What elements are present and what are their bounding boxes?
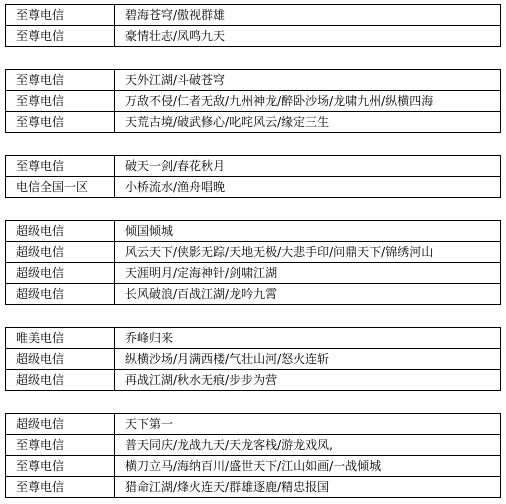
zone-cell: 至尊电信	[6, 112, 115, 133]
server-table: 唯美电信乔峰归来超级电信纵横沙场/月满西楼/气壮山河/怒火连斩超级电信再战江湖/…	[5, 327, 501, 391]
zone-cell: 唯美电信	[6, 328, 115, 349]
zone-cell: 至尊电信	[6, 91, 115, 112]
table-row: 至尊电信豪情壮志/凤鸣九天	[6, 26, 501, 47]
zone-cell: 至尊电信	[6, 456, 115, 477]
server-table: 至尊电信碧海苍穹/傲视群雄至尊电信豪情壮志/凤鸣九天	[5, 4, 501, 47]
servers-cell: 乔峰归来	[115, 328, 501, 349]
page: { "page": { "background_color": "#ffffff…	[0, 0, 506, 504]
servers-cell: 豪情壮志/凤鸣九天	[115, 26, 501, 47]
servers-cell: 天荒古境/破武修心/叱咤风云/缘定三生	[115, 112, 501, 133]
table-row: 至尊电信普天同庆/龙战九天/天龙客栈/游龙戏凤,	[6, 435, 501, 456]
servers-cell: 纵横沙场/月满西楼/气壮山河/怒火连斩	[115, 349, 501, 370]
table-row: 超级电信风云天下/侠影无踪/天地无极/大悲手印/问鼎天下/锦绣河山	[6, 242, 501, 263]
table-row: 至尊电信万敌不侵/仁者无敌/九州神龙/醉卧沙场/龙啸九州/纵横四海	[6, 91, 501, 112]
servers-cell: 天下第一	[115, 414, 501, 435]
zone-cell: 至尊电信	[6, 70, 115, 91]
servers-cell: 风云天下/侠影无踪/天地无极/大悲手印/问鼎天下/锦绣河山	[115, 242, 501, 263]
table-row: 超级电信天涯明月/定海神针/剑啸江湖	[6, 263, 501, 284]
zone-cell: 至尊电信	[6, 477, 115, 498]
table-row: 超级电信天下第一	[6, 414, 501, 435]
servers-cell: 天外江湖/斗破苍穹	[115, 70, 501, 91]
table-row: 唯美电信乔峰归来	[6, 328, 501, 349]
zone-cell: 超级电信	[6, 263, 115, 284]
servers-cell: 猎命江湖/烽火连天/群雄逐鹿/精忠报国	[115, 477, 501, 498]
table-row: 超级电信长风破浪/百战江湖/龙吟九霄	[6, 284, 501, 305]
servers-cell: 碧海苍穹/傲视群雄	[115, 5, 501, 26]
zone-cell: 电信全国一区	[6, 177, 115, 198]
table-row: 至尊电信横刀立马/海纳百川/盛世天下/江山如画/一战倾城	[6, 456, 501, 477]
servers-cell: 天涯明月/定海神针/剑啸江湖	[115, 263, 501, 284]
servers-cell: 小桥流水/渔舟唱晚	[115, 177, 501, 198]
zone-cell: 超级电信	[6, 370, 115, 391]
server-table: 超级电信倾国倾城超级电信风云天下/侠影无踪/天地无极/大悲手印/问鼎天下/锦绣河…	[5, 220, 501, 305]
tables-container: 至尊电信碧海苍穹/傲视群雄至尊电信豪情壮志/凤鸣九天至尊电信天外江湖/斗破苍穹至…	[5, 4, 506, 498]
zone-cell: 超级电信	[6, 284, 115, 305]
zone-cell: 超级电信	[6, 242, 115, 263]
server-list-document: 至尊电信碧海苍穹/傲视群雄至尊电信豪情壮志/凤鸣九天至尊电信天外江湖/斗破苍穹至…	[0, 0, 506, 498]
zone-cell: 至尊电信	[6, 435, 115, 456]
table-row: 至尊电信碧海苍穹/傲视群雄	[6, 5, 501, 26]
zone-cell: 至尊电信	[6, 26, 115, 47]
table-row: 至尊电信猎命江湖/烽火连天/群雄逐鹿/精忠报国	[6, 477, 501, 498]
table-row: 至尊电信破天一剑/春花秋月	[6, 156, 501, 177]
table-row: 超级电信纵横沙场/月满西楼/气壮山河/怒火连斩	[6, 349, 501, 370]
table-row: 至尊电信天外江湖/斗破苍穹	[6, 70, 501, 91]
servers-cell: 破天一剑/春花秋月	[115, 156, 501, 177]
server-table: 至尊电信天外江湖/斗破苍穹至尊电信万敌不侵/仁者无敌/九州神龙/醉卧沙场/龙啸九…	[5, 69, 501, 133]
table-row: 超级电信再战江湖/秋水无痕/步步为营	[6, 370, 501, 391]
server-table: 超级电信天下第一至尊电信普天同庆/龙战九天/天龙客栈/游龙戏凤,至尊电信横刀立马…	[5, 413, 501, 498]
servers-cell: 万敌不侵/仁者无敌/九州神龙/醉卧沙场/龙啸九州/纵横四海	[115, 91, 501, 112]
zone-cell: 超级电信	[6, 414, 115, 435]
table-row: 超级电信倾国倾城	[6, 221, 501, 242]
zone-cell: 至尊电信	[6, 5, 115, 26]
servers-cell: 倾国倾城	[115, 221, 501, 242]
table-row: 至尊电信天荒古境/破武修心/叱咤风云/缘定三生	[6, 112, 501, 133]
servers-cell: 普天同庆/龙战九天/天龙客栈/游龙戏凤,	[115, 435, 501, 456]
zone-cell: 超级电信	[6, 221, 115, 242]
servers-cell: 横刀立马/海纳百川/盛世天下/江山如画/一战倾城	[115, 456, 501, 477]
zone-cell: 超级电信	[6, 349, 115, 370]
servers-cell: 长风破浪/百战江湖/龙吟九霄	[115, 284, 501, 305]
servers-cell: 再战江湖/秋水无痕/步步为营	[115, 370, 501, 391]
zone-cell: 至尊电信	[6, 156, 115, 177]
table-row: 电信全国一区小桥流水/渔舟唱晚	[6, 177, 501, 198]
server-table: 至尊电信破天一剑/春花秋月电信全国一区小桥流水/渔舟唱晚	[5, 155, 501, 198]
